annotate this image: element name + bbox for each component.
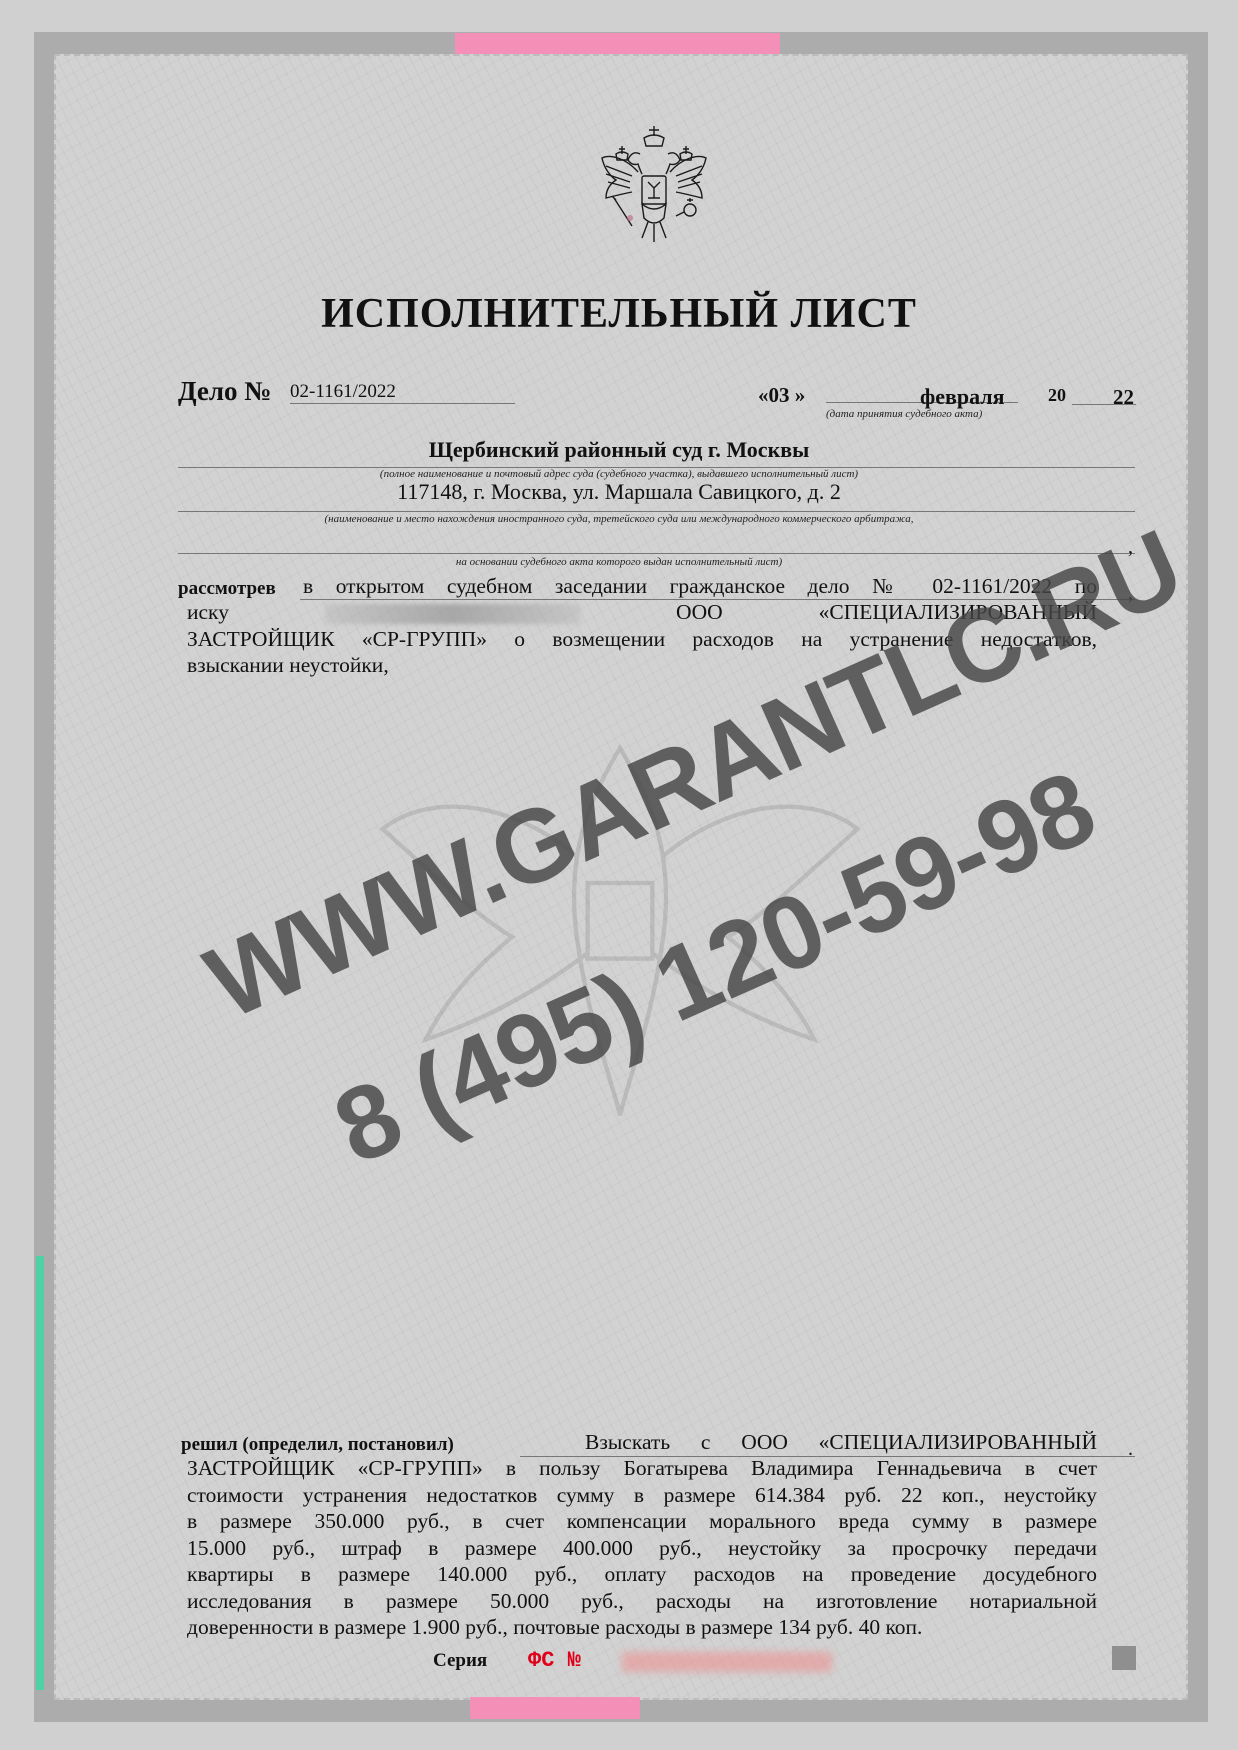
date-year: 22 bbox=[1113, 385, 1134, 410]
court-address: 117148, г. Москва, ул. Маршала Савицкого… bbox=[0, 479, 1238, 505]
foreign-court-caption: (наименование и место нахождения иностра… bbox=[0, 513, 1238, 525]
date-caption: (дата принятия судебного акта) bbox=[826, 408, 982, 420]
decided-period: . bbox=[1128, 1438, 1133, 1461]
basis-rule bbox=[178, 553, 1135, 554]
case-number-label: Дело № bbox=[178, 376, 271, 407]
court-address-rule bbox=[178, 511, 1135, 512]
document-title: ИСПОЛНИТЕЛЬНЫЙ ЛИСТ bbox=[0, 290, 1238, 338]
court-name: Щербинский районный суд г. Москвы bbox=[0, 437, 1238, 463]
decided-line-2: стоимости устранения недостатков сумму в… bbox=[187, 1482, 1097, 1509]
pink-marker-top bbox=[455, 33, 780, 55]
redacted-series-number bbox=[622, 1652, 832, 1672]
decided-line-1: ЗАСТРОЙЩИК «СР-ГРУПП» в пользу Богатырев… bbox=[187, 1455, 1097, 1482]
date-day: «03 » bbox=[758, 383, 805, 408]
decided-line-6: исследования в размере 50.000 руб., расх… bbox=[187, 1588, 1097, 1615]
decided-line-4: 15.000 руб., штраф в размере 400.000 руб… bbox=[187, 1535, 1097, 1562]
decided-line-7: доверенности в размере 1.900 руб., почто… bbox=[187, 1614, 1097, 1641]
corner-stamp-square bbox=[1112, 1646, 1136, 1670]
date-century: 20 bbox=[1048, 385, 1066, 406]
decided-body: ЗАСТРОЙЩИК «СР-ГРУПП» в пользу Богатырев… bbox=[187, 1455, 1097, 1641]
russian-coat-of-arms-icon bbox=[592, 118, 716, 248]
series-value: ФС № bbox=[528, 1648, 581, 1673]
decided-line-5: квартиры в размере 140.000 руб., оплату … bbox=[187, 1561, 1097, 1588]
decided-first-line: Взыскать с ООО «СПЕЦИАЛИЗИРОВАННЫЙ bbox=[585, 1429, 1097, 1456]
decided-line-3: в размере 350.000 руб., в счет компенсац… bbox=[187, 1508, 1097, 1535]
redacted-plaintiff bbox=[325, 604, 580, 624]
pink-marker-bottom bbox=[470, 1697, 640, 1719]
considered-label: рассмотрев bbox=[178, 578, 276, 600]
series-label: Серия bbox=[433, 1650, 487, 1672]
case-number: 02-1161/2022 bbox=[290, 381, 515, 404]
date-month: февраля bbox=[920, 384, 1005, 410]
decided-label: решил (определил, постановил) bbox=[181, 1434, 454, 1456]
green-marker-left bbox=[36, 1256, 44, 1690]
